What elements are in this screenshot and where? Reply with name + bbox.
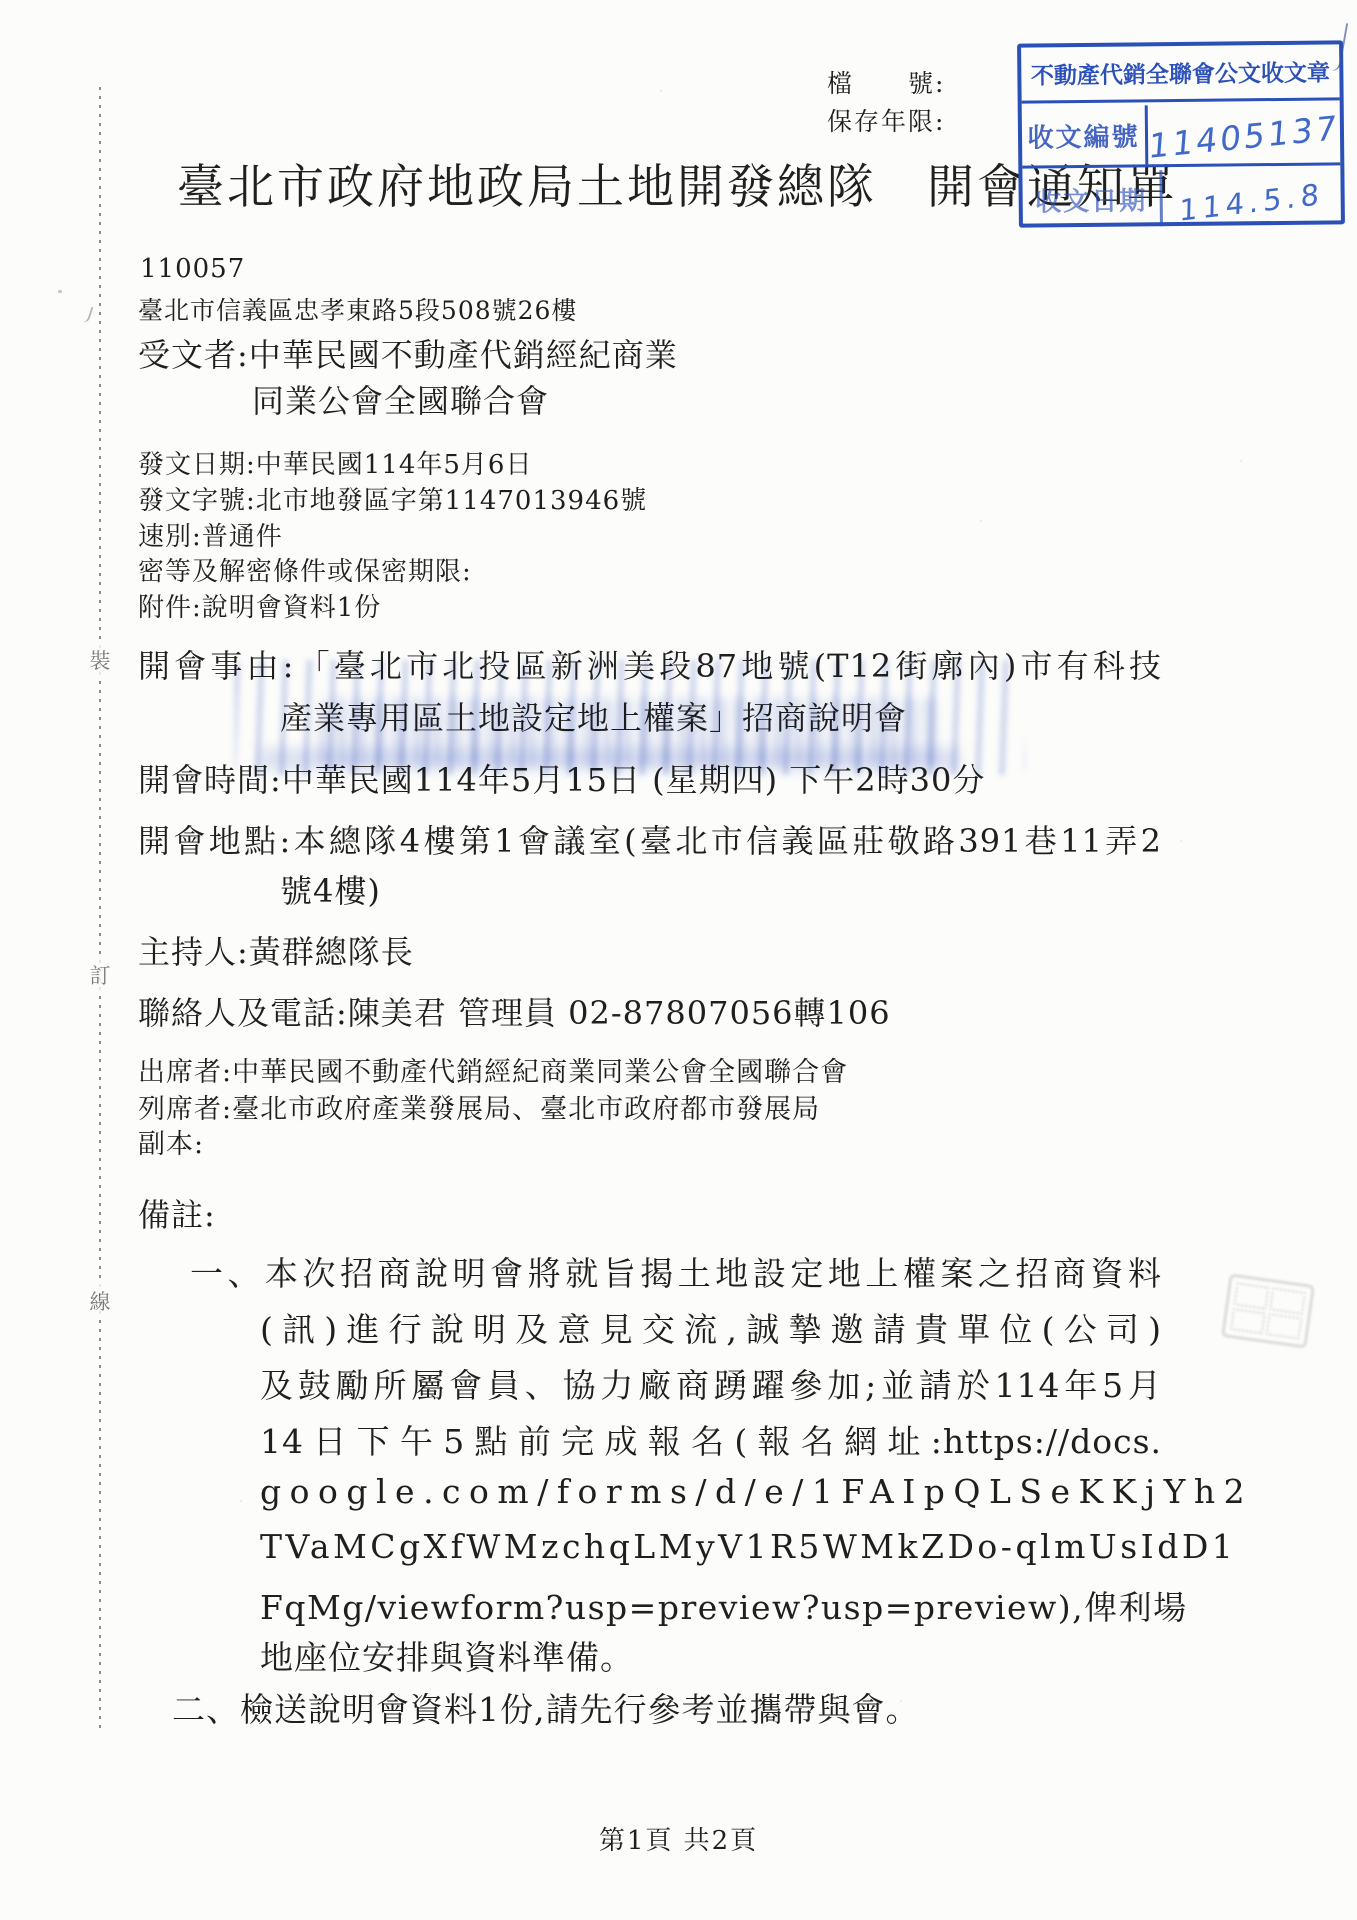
handwritten-receipt-date: 114.5.8	[1179, 177, 1325, 228]
retention-period-label: 保存年限:	[827, 102, 945, 138]
seal-glyph	[1270, 1287, 1306, 1314]
remark-line: 地座位安排與資料準備。	[260, 1632, 634, 1679]
smeared-stamp-blue-band	[260, 748, 960, 770]
remark-line: 二、檢送說明會資料1份,請先行參考並攜帶與會。	[172, 1684, 920, 1731]
remark-line-url: FqMg/viewform?usp=preview?usp=preview),俾…	[260, 1582, 1188, 1629]
speed-line: 速別:普通件	[138, 516, 283, 553]
remark-line: 14日下午5點前完成報名(報名網址:https://docs.	[260, 1416, 1162, 1463]
meeting-place-line1: 開會地點:本總隊4樓第1會議室(臺北市信義區莊敬路391巷11弄2	[138, 816, 1162, 862]
postal-code: 110057	[140, 254, 245, 284]
binding-mark-zhuang: 裝	[88, 642, 112, 678]
scan-mark-dot	[58, 290, 62, 293]
receipt-stamp-box: 不動產代銷全聯會公文收文章 收文編號 11405137 收文日期 114.5.8	[1017, 40, 1345, 227]
receipt-date-row: 收文日期 114.5.8	[1022, 168, 1341, 227]
handwritten-receipt-number: 11405137	[1147, 108, 1341, 166]
receipt-number-row: 收文編號 11405137	[1022, 103, 1341, 168]
meeting-place-line2: 號4樓)	[280, 866, 381, 912]
meeting-contact-line: 聯絡人及電話:陳美君 管理員 02-87807056轉106	[138, 988, 891, 1034]
recipient-line2: 同業公會全國聯合會	[252, 376, 549, 422]
scan-mark-tick	[83, 305, 94, 323]
attendees-line: 出席者:中華民國不動產代銷經紀商業同業公會全國聯合會	[138, 1050, 848, 1089]
seal-glyph	[1230, 1308, 1266, 1335]
seal-glyph	[1234, 1282, 1270, 1309]
observers-line: 列席者:臺北市政府產業發展局、臺北市政府都市發展局	[138, 1087, 820, 1126]
page-footer: 第1頁 共2頁	[0, 1820, 1357, 1857]
faint-seal-stamp	[1221, 1273, 1315, 1348]
remark-line-url: google.com/forms/d/e/1FAIpQLSeKKjYh2	[260, 1472, 1253, 1511]
issue-date-line: 發文日期:中華民國114年5月6日	[138, 444, 532, 481]
meeting-chair-line: 主持人:黃群總隊長	[138, 927, 414, 973]
receipt-number-label: 收文編號	[1022, 105, 1149, 165]
recipient-address: 臺北市信義區忠孝東路5段508號26樓	[138, 291, 577, 327]
remark-line: 一、本次招商說明會將就旨揭土地設定地上權案之招商資料	[190, 1248, 1162, 1295]
receipt-number-cell: 11405137	[1148, 103, 1341, 164]
file-number-label: 檔 號:	[827, 64, 945, 100]
attachment-line: 附件:說明會資料1份	[138, 587, 381, 624]
scanned-meeting-notice-page: 裝 訂 線 檔 號: 保存年限: 不動產代銷全聯會公文收文章 收文編號 1140…	[0, 0, 1357, 1920]
recipient-line1: 受文者:中華民國不動產代銷經紀商業	[138, 330, 678, 376]
receipt-stamp-header: 不動產代銷全聯會公文收文章	[1021, 44, 1340, 103]
remarks-label: 備註:	[138, 1190, 216, 1236]
remark-line: 及鼓勵所屬會員、協力廠商踴躍參加;並請於114年5月	[260, 1360, 1162, 1407]
cc-line: 副本:	[138, 1122, 204, 1161]
binding-mark-ding: 訂	[88, 957, 112, 993]
scan-speckles	[0, 0, 2, 2]
remark-line: (訊)進行說明及意見交流,誠摯邀請貴單位(公司)	[260, 1304, 1162, 1351]
binding-dotted-line	[99, 87, 101, 1732]
binding-mark-xian: 線	[88, 1283, 112, 1319]
remark-line-url: TVaMCgXfWMzchqLMyV1R5WMkZDo-qlmUsIdD1	[260, 1527, 1236, 1566]
doc-number-line: 發文字號:北市地發區字第1147013946號	[138, 480, 647, 517]
stray-pen-stroke	[1328, 21, 1349, 72]
seal-glyph	[1266, 1313, 1302, 1340]
receipt-date-cell: 114.5.8	[1162, 168, 1341, 226]
security-line: 密等及解密條件或保密期限:	[138, 551, 472, 588]
receipt-date-label: 收文日期	[1022, 170, 1163, 227]
